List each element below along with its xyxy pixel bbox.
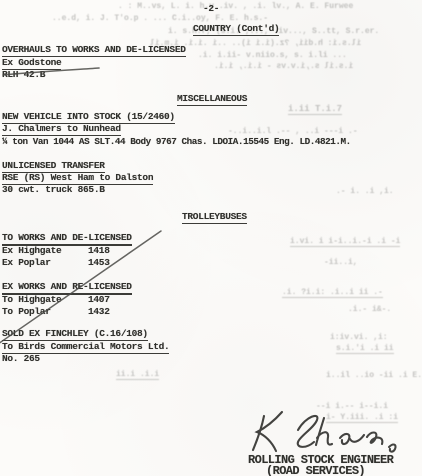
- bleed-through-text: s.i.'i .i ii: [336, 344, 394, 354]
- table-row: To Poplar1432: [2, 306, 110, 317]
- bleed-through-text: ii.i .i.i: [116, 370, 159, 380]
- bleed-through-text: .i. ?i.i: .i..i ii .-: [282, 288, 383, 298]
- to-works-heading: TO WORKS AND DE-LICENSED: [2, 232, 132, 243]
- table-row: Ex Poplar1453: [2, 257, 110, 268]
- unlicensed-line-truck: 30 cwt. truck 865.B: [2, 184, 105, 195]
- fleet-location: Ex Highgate: [2, 245, 88, 256]
- bleed-through-text: i.ii T.i.7: [288, 104, 342, 115]
- bleed-through-text: -..i..i.l .-- , ..i ---i .-: [228, 127, 358, 136]
- bleed-through-text: .i.- i&-.: [348, 305, 391, 314]
- table-row: Ex Highgate1418: [2, 245, 110, 256]
- bleed-through-text: ..e.d, i. J. T'o.p . ... C.i..oy, F. E. …: [52, 14, 268, 23]
- signature-stroke: [316, 418, 332, 445]
- new-vehicle-heading: NEW VEHICLE INTO STOCK (15/2460): [2, 111, 175, 122]
- signature-k-shave: [248, 406, 400, 458]
- signature-stroke: [298, 416, 318, 447]
- overhauls-line-ex-godstone: Ex Godstone: [2, 57, 61, 68]
- unlicensed-transfer-heading: UNLICENSED TRANSFER: [2, 160, 105, 171]
- country-heading-text: COUNTRY (Cont'd): [193, 23, 279, 36]
- country-heading: COUNTRY (Cont'd): [193, 23, 279, 34]
- unlicensed-line-westham: RSE (RS) West Ham to Dalston: [2, 172, 153, 183]
- bleed-through-text: i.vi. i i-i..i.-i .i -i: [290, 237, 400, 247]
- fleet-location: Ex Poplar: [2, 257, 88, 268]
- signature-stroke: [367, 433, 382, 445]
- miscellaneous-heading: MISCELLANEOUS: [177, 93, 247, 104]
- ex-works-heading: EX WORKS AND RE-LICENSED: [2, 281, 132, 292]
- bleed-through-text: i:iv.vi. ,i:: [330, 333, 388, 342]
- signature-stroke: [340, 434, 364, 444]
- bleed-through-text: . : M..vs, L. i. h.v .iv. , .i. lv., A. …: [118, 2, 353, 11]
- new-vehicle-line-van: ¼ ton Van 1044 AS SLT.44 Body 9767 Chas.…: [2, 136, 351, 147]
- fleet-number: 1453: [88, 257, 110, 268]
- fleet-number: 1407: [88, 294, 110, 305]
- sold-line-number: No. 265: [2, 353, 40, 364]
- trolleybuses-heading: TROLLEYBUSES: [182, 211, 247, 222]
- bleed-through-text: i.s.il s.,i.v.vs - i.i., i.i.: [214, 62, 353, 71]
- bleed-through-text: -ii..i,: [324, 258, 358, 267]
- fleet-number: 1418: [88, 245, 110, 256]
- fleet-location: To Poplar: [2, 306, 88, 317]
- bleed-through-text: .i. i.ii- v.niio.s, s. i.li ...: [198, 51, 347, 60]
- bleed-through-text: i..il ..io -ii .i E.: [326, 371, 422, 380]
- new-vehicle-line-chalmers: J. Chalmers to Nunhead: [2, 123, 121, 134]
- signature-stroke: [389, 445, 396, 452]
- signoff-department: (ROAD SERVICES): [266, 466, 365, 476]
- overhauls-heading: OVERHAULS TO WORKS AND DE-LICENSED: [2, 44, 186, 55]
- sold-ex-finchley-heading: SOLD EX FINCHLEY (C.16/108): [2, 328, 148, 339]
- sold-line-birds: To Birds Commercial Motors Ltd.: [2, 341, 169, 352]
- page-number: -2-: [203, 3, 219, 14]
- scanned-document-page: . : M..vs, L. i. h.v .iv. , .i. lv., A. …: [0, 0, 422, 476]
- table-row: To Highgate1407: [2, 294, 110, 305]
- overhauls-line-rlh: RLH 42.B: [2, 69, 45, 80]
- fleet-number: 1432: [88, 306, 110, 317]
- fleet-location: To Highgate: [2, 294, 88, 305]
- bleed-through-text: .- i. .i ,i.: [336, 187, 394, 196]
